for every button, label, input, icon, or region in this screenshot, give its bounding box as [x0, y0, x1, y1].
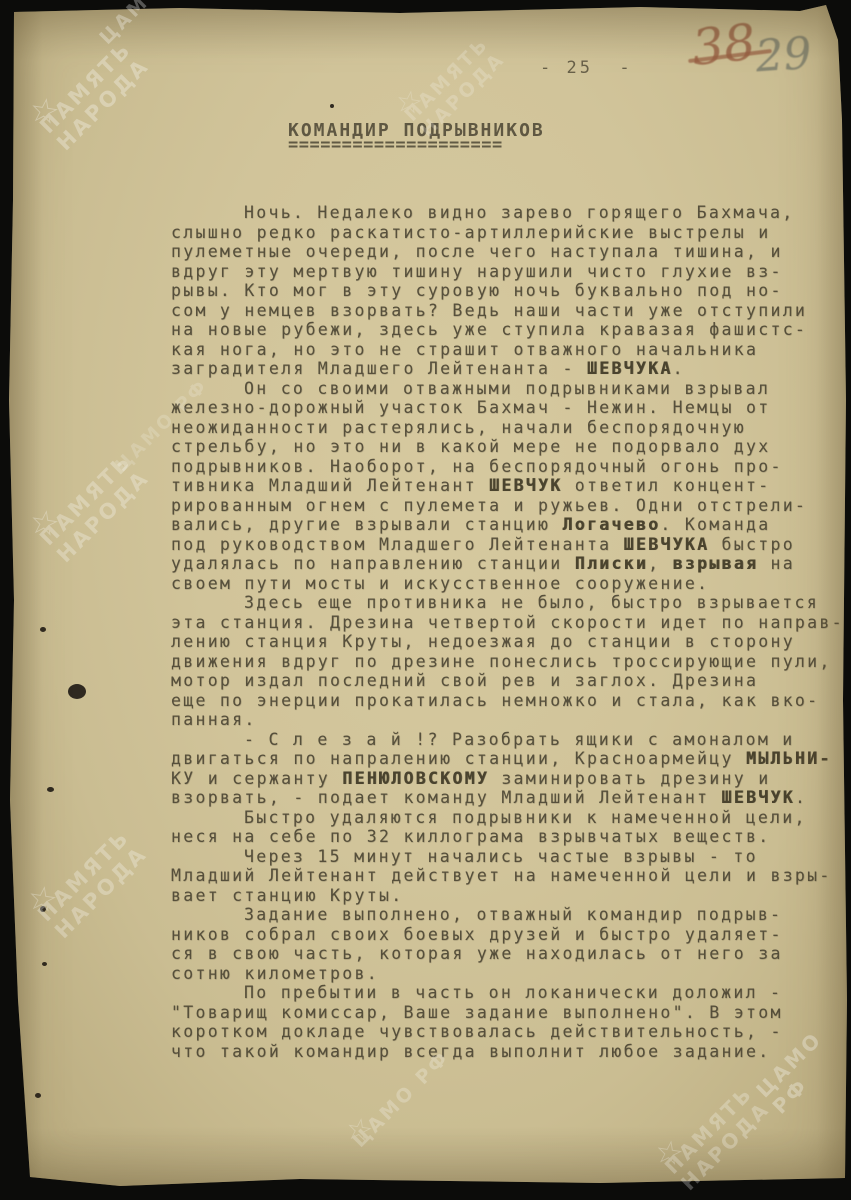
text-line: стрельбу, но это ни в какой мере не подо…: [171, 437, 843, 457]
text-line: подрывников. Наоборот, на беспорядочный …: [171, 457, 843, 477]
text-line: пулеметные очереди, после чего наступала…: [171, 242, 843, 262]
text-line: лению станция Круты, недоезжая до станци…: [171, 632, 843, 652]
text-line: еще по энерции прокатилась немножко и ст…: [171, 691, 843, 711]
text-line: кая нога, но это не страшит отважного на…: [171, 340, 843, 360]
document-page: - 25 - 38 29 КОМАНДИР ПОДРЫВНИКОВ ======…: [0, 0, 851, 1200]
text-line: на новые рубежи, здесь уже ступила крава…: [171, 320, 843, 340]
text-line: рывы. Кто мог в эту суровую ночь букваль…: [171, 281, 843, 301]
paragraph: Он со своими отважными подрывниками взры…: [171, 379, 843, 594]
paper-speck: [40, 906, 46, 912]
text-line: под руководством Младшего Лейтенанта ШЕВ…: [171, 535, 843, 555]
text-line: По пребытии в часть он локанически долож…: [171, 983, 843, 1003]
paper-speck: [47, 787, 54, 792]
text-line: вает станцию Круты.: [171, 886, 843, 906]
text-line: удалялась по направлению станции Плиски,…: [171, 554, 843, 574]
text-line: рированным огнем с пулемета и ружьев. Од…: [171, 496, 843, 516]
text-line: что такой командир всегда выполнит любое…: [171, 1042, 843, 1062]
text-line: Младший Лейтенант действует на намеченно…: [171, 866, 843, 886]
paragraph: Задание выполнено, отважный командир под…: [171, 905, 843, 983]
text-line: движения вдруг по дрезине понеслись трос…: [171, 652, 843, 672]
paper-speck: [122, 1192, 131, 1198]
paragraph: Ночь. Недалеко видно зарево горящего Бах…: [171, 203, 843, 379]
text-line: Он со своими отважными подрывниками взры…: [171, 379, 843, 399]
text-line: коротком докладе чувствовалась действите…: [171, 1022, 843, 1042]
text-line: Быстро удаляются подрывники к намеченной…: [171, 808, 843, 828]
paper-speck: [35, 1093, 41, 1098]
paper-speck: [68, 684, 86, 699]
text-line: заградителя Младшего Лейтенанта - ШЕВЧУК…: [171, 359, 843, 379]
text-line: сом у немцев взорвать? Ведь наши части у…: [171, 301, 843, 321]
text-line: ся в свою часть, которая уже находилась …: [171, 944, 843, 964]
text-line: Ночь. Недалеко видно зарево горящего Бах…: [171, 203, 843, 223]
text-line: Через 15 минут начались частые взрывы - …: [171, 847, 843, 867]
paper-speck: [42, 962, 47, 966]
text-line: панная.: [171, 710, 843, 730]
text-line: вались, другие взрывали станцию Логачево…: [171, 515, 843, 535]
document-text: Ночь. Недалеко видно зарево горящего Бах…: [171, 203, 843, 1061]
text-line: двигаться по напралению станции, Красноа…: [171, 749, 843, 769]
text-line: своем пути мосты и искусственное сооруже…: [171, 574, 843, 594]
text-line: железно-дорожный участок Бахмач - Нежин.…: [171, 398, 843, 418]
title-underline: ====================: [288, 135, 545, 155]
text-line: неожиданности растерялись, начали беспор…: [171, 418, 843, 438]
text-line: вдруг эту мертвую тишину нарушили чисто …: [171, 262, 843, 282]
text-line: ников собрал своих боевых друзей и быстр…: [171, 925, 843, 945]
document-title-block: КОМАНДИР ПОДРЫВНИКОВ ===================…: [288, 120, 545, 155]
text-line: сотню километров.: [171, 964, 843, 984]
text-line: мотор издал последний свой рев и заглох.…: [171, 671, 843, 691]
text-line: Здесь еще противника не было, быстро взр…: [171, 593, 843, 613]
scan-background: - 25 - 38 29 КОМАНДИР ПОДРЫВНИКОВ ======…: [0, 0, 851, 1200]
paper-speck: [330, 104, 334, 108]
paragraph: Быстро удаляются подрывники к намеченной…: [171, 808, 843, 847]
paragraph: - С л е з а й !? Разобрать ящики с амона…: [171, 730, 843, 808]
text-line: - С л е з а й !? Разобрать ящики с амона…: [171, 730, 843, 750]
paper-speck: [40, 627, 46, 632]
text-line: тивника Младший Лейтенант ШЕВЧУК ответил…: [171, 476, 843, 496]
text-line: взорвать, - подает команду Младший Лейте…: [171, 788, 843, 808]
paragraph: Через 15 минут начались частые взрывы - …: [171, 847, 843, 906]
handwritten-number-crossed: 38: [689, 13, 758, 77]
text-line: КУ и сержанту ПЕНЮЛОВСКОМУ заминировать …: [171, 769, 843, 789]
handwritten-number: 29: [754, 28, 813, 83]
text-line: эта станция. Дрезина четвертой скорости …: [171, 613, 843, 633]
handwritten-archive-number: 38 29: [692, 16, 811, 74]
paragraph: Здесь еще противника не было, быстро взр…: [171, 593, 843, 730]
text-line: неся на себе по 32 киллограма взрывчатых…: [171, 827, 843, 847]
text-line: Задание выполнено, отважный командир под…: [171, 905, 843, 925]
text-line: "Товарищ комиссар, Ваше задание выполнен…: [171, 1003, 843, 1023]
paragraph: По пребытии в часть он локанически долож…: [171, 983, 843, 1061]
page-number: - 25 -: [540, 58, 633, 78]
text-line: слышно редко раскатисто-артиллерийские в…: [171, 223, 843, 243]
